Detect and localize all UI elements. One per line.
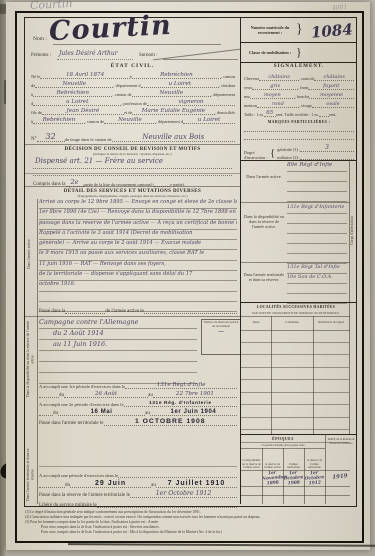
taille-value: 65 (264, 110, 276, 117)
epoques-row-rule (241, 495, 350, 496)
localites-row-empty (241, 405, 349, 418)
corps-strip: Corps d'affectation (349, 160, 357, 434)
passe-active-row: Passé dans la de l'armée active le (39, 304, 237, 314)
handwriting: châtains (314, 74, 354, 81)
campagne-entry: Campagne contre l'Allemagne (39, 318, 197, 329)
matricule-label: Numéro matricule du recrutement : (244, 25, 296, 35)
etat-civil-title: ÉTAT CIVIL. (25, 63, 240, 69)
brace-glyph: } (296, 45, 302, 60)
corps-armee-active-value: 89e Régt d'Infie (287, 162, 347, 172)
reserve-territoriale-row: Passé dans la réserve de l'armée territo… (39, 488, 237, 498)
localites-row-empty (241, 418, 349, 431)
print-text: Passé dans l'armée territoriale le (39, 421, 104, 426)
epoques-title: ÉPOQUES (241, 437, 325, 441)
side-label-divider (37, 199, 38, 504)
decision-section: DÉCISION DU CONSEIL DE REVISION ET MOTIF… (25, 144, 240, 176)
periode2-date-fin-stamp: 1er Juin 1904 (150, 409, 237, 416)
corps-strip-label: Corps d'affectation (350, 166, 355, 296)
handwriting: gris (252, 83, 298, 90)
localites-col-dates: Dates (241, 321, 271, 325)
classe-label: Classe de mobilisation : (244, 50, 296, 55)
form-frame: Nom : Courtin Prénoms : Jules Désiré Art… (24, 17, 357, 507)
corps-territoriale-lines: 131e Régt Tal d'Infie 10e Son de C.O.A. (287, 264, 347, 304)
corps-territoriale-value2: 10e Son de C.O.A. (287, 274, 347, 284)
etat-civil-line: à Rebréchien , canton de Neuville , dépa… (31, 88, 235, 97)
brace-glyph: { (270, 147, 275, 159)
localites-subtitle: PAR SUITE DE CHANGEMENTS DE DOMICILE OU … (241, 311, 351, 315)
matricule-box: Numéro matricule du recrutement : } 1084 (241, 18, 357, 43)
epoques-col4: la réserve de l'armée territoriale (304, 459, 325, 470)
corps-label-text: Dans l'armée active. (243, 174, 285, 179)
scan-bottom-line (68, 543, 375, 547)
epoques-col1: la disponibilité ou la réserve de l'armé… (241, 459, 262, 470)
etat-civil-block: Né le 18 Avril 1874 à Rebréchien , canto… (31, 70, 235, 124)
print-text: A accompli une 2e période d'exercices da… (39, 402, 124, 407)
corps-divider (241, 262, 350, 263)
service-entry: générale) — Arrivé au corps le 2 août 19… (39, 240, 237, 250)
print-text: , domiciliés (215, 110, 236, 115)
footnotes: (1) Le degré d'instruction générale sera… (25, 510, 355, 535)
campagnes-block: Campagne contre l'Allemagne du 2 Août 19… (39, 318, 197, 384)
service-entry: le 9 mars 1915 où passé aux services aux… (39, 250, 237, 260)
print-text: Né le (31, 74, 40, 79)
print-text: fils de (31, 110, 42, 115)
signalement-title: SIGNALEMENT. (241, 64, 357, 69)
service-entry: Arrivé au corps le 12 9bre 1895 — Envoyé… (39, 199, 237, 209)
periode2-date-debut-stamp: 16 Mai (58, 409, 145, 416)
print-text: , département d (113, 83, 140, 88)
localites-top-rule (241, 302, 357, 303)
corps-line-empty (287, 192, 347, 202)
periode2-dates-row: du 16 Mai au 1er Juin 1904 (39, 407, 237, 416)
periode1-date-debut: 26 Août (64, 391, 148, 398)
handwriting: Marie Eulalie Eugénie (132, 108, 214, 115)
handwriting: ovale (312, 101, 354, 108)
etat-civil-line: Né le 18 Avril 1874 à Rebréchien , canto… (31, 70, 235, 79)
handwriting: Neuville (104, 117, 156, 124)
matricule-special-value: — (203, 328, 239, 335)
signalement-row: nez moyen , bouche moyenne (244, 90, 354, 99)
service-entry: Rappelé à l'activité le 3 août 1914 (Déc… (39, 230, 237, 240)
prenoms-label: Prénoms : (31, 53, 51, 58)
print-text: , canton (221, 74, 235, 79)
corps-armee-active-label: Dans l'armée active. (243, 174, 285, 179)
periode1-row: A accompli une 1re période d'exercices d… (39, 380, 237, 389)
handwriting: Neuville (35, 81, 113, 88)
form-outer-border: Nom : Courtin Prénoms : Jules Désiré Art… (15, 11, 364, 543)
localites-header: Dates Communes Subdivision de région (241, 316, 349, 330)
etat-civil-line: à Rebréchien , canton de Neuville , dépa… (31, 115, 235, 124)
handwriting: u Loiret (141, 81, 219, 88)
signalement-row: yeux gris , front fuyant (244, 81, 354, 90)
localites-col-subdivision: Subdivision de région (313, 321, 349, 325)
print-text: Taille : 1 m. (244, 112, 264, 117)
corps-line-empty (287, 172, 347, 182)
handwriting: Neuville (132, 90, 212, 97)
matricule-value: 1084 (310, 20, 353, 42)
instruction-generale-value: 3 (300, 144, 354, 152)
print-text: cent. Taille rectifiée : 1 m. (276, 112, 319, 117)
territoriale-block: A accompli une période d'exercices dans … (39, 466, 237, 508)
service-entry: octobre 1916. (39, 281, 237, 291)
print-text: de l'armée active le (105, 309, 144, 314)
localites-row-empty (241, 330, 349, 343)
print-text: , front (298, 85, 309, 90)
prenoms-value: Jules Désiré Arthur (59, 50, 118, 57)
print-text: Passé dans la réserve de l'armée territo… (39, 493, 130, 498)
localites-row-empty (241, 343, 349, 356)
print-text: A accompli une période d'exercices dans … (39, 473, 118, 478)
print-text: , résidant (219, 83, 235, 88)
etat-civil-line: de Neuville , département d u Loiret , r… (31, 79, 235, 88)
localites-row-empty (241, 380, 349, 393)
epoque-liberation-value: 1919 (327, 473, 353, 482)
localites-row-empty (241, 368, 349, 381)
footnote: Pour ceux compris dans la 4e liste, l'in… (41, 530, 355, 535)
tirage-row: N° 32 du tirage dans le canton de Neuvil… (31, 130, 235, 142)
print-text: Libéré du service militaire le (39, 503, 97, 508)
epoques-top-rule (241, 434, 357, 435)
corps-line-empty (287, 224, 347, 234)
surnom-label: Surnom : (139, 53, 157, 58)
side-label-disponibilite: Dans la disponibilité ou dans la réserve… (26, 318, 37, 400)
print-text: menton (244, 103, 257, 108)
territoriale-date-stamp: 1 OCTOBRE 1908 (104, 418, 238, 426)
etat-civil-line: d u Loiret , profession de vigneron (31, 97, 235, 106)
corps-line-empty (287, 284, 347, 294)
services-lines: Arrivé au corps le 12 9bre 1895 — Envoyé… (39, 199, 237, 312)
corps-line-empty (287, 182, 347, 192)
decision-subtitle: (Indiquer la nature de la décision : ajo… (25, 152, 240, 156)
corps-armee-active-lines: 89e Régt d'Infie (287, 162, 347, 202)
epoques-col2: la réserve de l'armée active (262, 463, 283, 470)
services-subtitle: (Engagements, rengagements, congés, pass… (25, 194, 240, 198)
scanned-military-record: Courtin 4081 Nom : Courtin Prénoms : Jul… (0, 0, 375, 556)
passe-territoriale-row: Passé dans l'armée territoriale le 1 OCT… (39, 416, 237, 426)
territoriale-date-fin-stamp: 7 Juillet 1910 (156, 480, 237, 488)
campagne-entry: au 11 Juin 1916. (39, 340, 197, 351)
corps-divider (241, 202, 350, 203)
print-text: , profession de (121, 101, 147, 106)
handwriting: fuyant (308, 83, 354, 90)
epoques-subtitle: à laquelle l'homme devra passer dans (241, 443, 325, 447)
side-label-armee-active: Dans l'armée active (27, 208, 36, 300)
corps-disponibilite-lines: 131e Régt d'Infanterie (287, 204, 347, 264)
periode2-row: A accompli une 2e période d'exercices da… (39, 398, 237, 407)
tirage-number: 32 (37, 132, 65, 142)
instruction-generale-label: générale (1) : (277, 147, 300, 152)
handwriting: rond (257, 101, 299, 108)
signalement-row: Cheveux châtains , sourcils châtains (244, 72, 354, 81)
epoque-value: 1er Octobre 1912 (304, 470, 326, 486)
epoques-date-label: DATE de la libération du service militai… (327, 438, 355, 445)
periode1-date-fin: 22 7bre 1901 (153, 391, 237, 398)
marques-line (244, 132, 354, 140)
etat-civil-line: fils de Jean Désiré et de Marie Eulalie … (31, 106, 235, 115)
matricule-special-box: Numéro du matricule spécial du recruteme… (201, 319, 241, 355)
print-text: , bouche (295, 94, 310, 99)
nom-label: Nom : (33, 36, 47, 42)
localites-row-empty (241, 393, 349, 406)
corps-line-empty (287, 244, 347, 254)
corps-territoriale-value: 131e Régt Tal d'Infie (287, 264, 347, 274)
handwriting: u Loiret (183, 117, 235, 124)
localites-col-communes: Communes (271, 321, 313, 325)
handwriting: vigneron (147, 99, 235, 106)
service-entry: 1er 8bre 1896 (4e Cie) — Renvoyé dans la… (39, 209, 237, 219)
services-section: DÉTAIL DES SERVICES ET MUTATIONS DIVERSE… (25, 186, 240, 198)
corps-disponibilite-label: Dans la disponibilité ou dans la réserve… (243, 214, 285, 230)
epoques-date-divider (325, 434, 326, 504)
handwriting: Rebréchien (33, 117, 85, 124)
epoque-value: 1er Novembre 1898 (262, 470, 284, 486)
campagnes-top-rule (25, 316, 240, 317)
marques-line (244, 124, 354, 132)
print-text: cent. (329, 112, 337, 117)
territoriale-dates-row: du 29 Juin au 7 Juillet 1910 (39, 478, 237, 488)
taille-row: Taille : 1 m. 65 cent. Taille rectifiée … (244, 108, 354, 117)
handwriting: Rebréchien (33, 90, 113, 97)
corps-disponibilite-value: 131e Régt d'Infanterie (287, 204, 347, 214)
territoriale-date-debut-stamp: 29 Juin (70, 480, 151, 488)
corps-line-empty (287, 214, 347, 224)
handwriting: Rebréchien (132, 72, 221, 79)
print-text: , canton de (85, 119, 104, 124)
signalement-block: Cheveux châtains , sourcils châtains yeu… (244, 72, 354, 160)
service-entry: 11 juin 1916 — RAT — Renvoyé dans ses fo… (39, 261, 237, 271)
handwriting: moyenne (309, 92, 354, 99)
corps-line-empty (287, 234, 347, 244)
print-text: , département d (156, 119, 183, 124)
instruction-block: Degré d'instruction : { générale (1) : 3 (244, 144, 354, 160)
print-text: du tirage dans le canton de (65, 137, 112, 142)
periode1-dates-row: du 26 Août au 22 7bre 1901 (39, 389, 237, 398)
localites-row-empty (241, 355, 349, 368)
handwriting: Jean Désiré (42, 108, 124, 115)
periode2-corps-stamp: 131e Rég. d'Infanterie (124, 401, 237, 407)
side-label-territoriale: Dans l'armée territoriale et dans sa rés… (26, 446, 37, 504)
surnom-underline (163, 59, 238, 60)
print-text: Cheveux (244, 76, 259, 81)
campagne-entry-empty (39, 362, 197, 373)
handwriting: moyen (250, 92, 295, 99)
paper-sheet: Courtin 4081 Nom : Courtin Prénoms : Jul… (6, 2, 370, 550)
print-text: yeux (244, 85, 252, 90)
periodes-block: A accompli une 1re période d'exercices d… (39, 380, 237, 426)
epoques-col3: l'armée territoriale (283, 463, 304, 470)
matricule-special-label: Numéro du matricule spécial du recruteme… (203, 321, 239, 328)
service-entry: de la territoriale — dispense s'appliqua… (39, 271, 237, 281)
periode1-corps: 131e Régt d'Infie (125, 382, 237, 389)
handwriting: u Loiret (33, 99, 121, 106)
localites-title: LOCALITÉS SUCCESSIVES HABITÉES (241, 305, 351, 309)
print-text: Passé dans la (39, 309, 65, 314)
nom-underline (53, 44, 221, 45)
prenoms-underline (57, 59, 133, 60)
print-text: A accompli une 1re période d'exercices d… (39, 384, 125, 389)
classe-box: Classe de mobilisation : } (241, 42, 357, 63)
corps-label-text: Dans l'armée territoriale et dans sa rés… (243, 272, 285, 282)
epoques-row-rule (241, 486, 350, 487)
reserve-territoriale-date: 1er Octobre 1912 (130, 490, 237, 498)
tirage-canton: Neuville aux Bois (112, 133, 235, 142)
print-text: , sourcils (299, 76, 315, 81)
print-text: , visage (299, 103, 312, 108)
epoque-value: 1er Octobre 1908 (283, 470, 305, 486)
service-entry-empty (39, 292, 237, 302)
print-text: , département (211, 92, 235, 97)
campagne-entry: du 2 Août 1914 (39, 329, 197, 340)
corps-top-rule (241, 160, 357, 161)
libere-row: Libéré du service militaire le (39, 498, 237, 508)
right-column: Numéro matricule du recrutement : } 1084… (240, 18, 357, 504)
print-text: et de (124, 110, 132, 115)
epoques-values: 1er Novembre 1898 1er Octobre 1908 1er O… (241, 471, 325, 486)
print-text: , canton de (112, 92, 131, 97)
handwriting: 18 Avril 1874 (40, 72, 129, 79)
corps-territoriale-label: Dans l'armée territoriale et dans sa rés… (243, 272, 285, 282)
handwriting: châtains (259, 74, 299, 81)
brace-glyph: } (296, 22, 303, 38)
service-entry: passage dans la réserve de l'armée activ… (39, 220, 237, 230)
decision-value: Dispensé art. 21 — Frère au service (35, 157, 240, 165)
compris-row: Compris dans la 2e partie de la liste du… (25, 173, 240, 187)
localites-rows (241, 330, 349, 443)
territoriale-periode-row: A accompli une période d'exercices dans … (39, 469, 237, 478)
nom-value: Courtin (48, 10, 172, 47)
signalement-row: menton rond , visage ovale (244, 99, 354, 108)
corps-label-text: Dans la disponibilité ou dans la réserve… (243, 214, 285, 230)
campagne-entry-empty (39, 351, 197, 362)
